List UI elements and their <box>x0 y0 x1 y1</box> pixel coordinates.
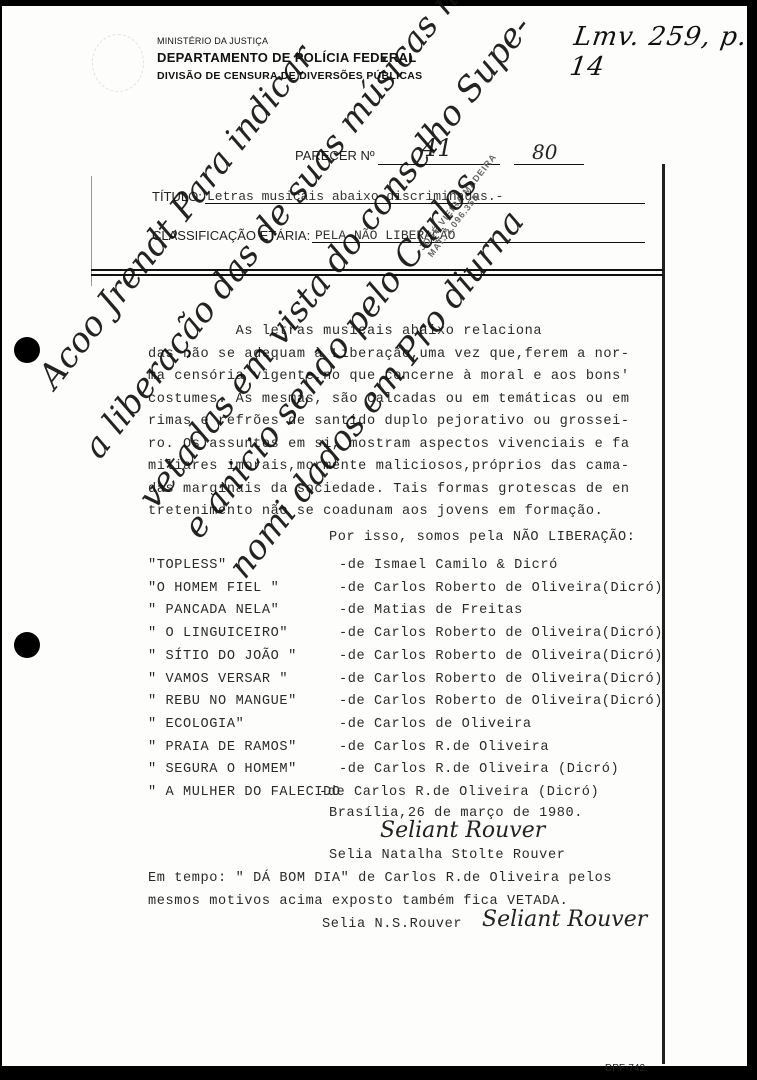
song-author: -de Carlos R.de Oliveira (Dicró) <box>319 785 599 800</box>
song-author: -de Ismael Camilo & Dicró <box>339 558 558 573</box>
song-author: -de Carlos R.de Oliveira (Dicró) <box>339 762 619 777</box>
song-title: " SÍTIO DO JOÃO " <box>148 649 297 664</box>
punch-hole-top <box>14 337 40 363</box>
song-author: -de Carlos Roberto de Oliveira(Dicró) <box>339 626 663 641</box>
song-title: " O LINGUICEIRO" <box>148 626 288 641</box>
archive-reference-note: Lmv. 259, p. 14 <box>568 22 751 82</box>
song-author: -de Carlos Roberto de Oliveira(Dicró) <box>339 581 663 596</box>
parecer-year: 80 <box>532 140 557 164</box>
ministry-heading: MINISTÉRIO DA JUSTIÇA <box>157 36 268 46</box>
song-title: "TOPLESS" <box>148 558 227 573</box>
addendum-signatory: Selia N.S.Rouver <box>322 917 462 932</box>
parecer-year-underline <box>514 164 584 165</box>
signatory-name: Selia Natalha Stolte Rouver <box>329 848 565 863</box>
song-title: "O HOMEM FIEL " <box>148 581 279 596</box>
decision-line: Por isso, somos pela NÃO LIBERAÇÃO: <box>329 530 636 545</box>
song-title: " A MULHER DO FALECIDO <box>148 785 341 800</box>
song-title: " ECOLOGIA" <box>148 717 244 732</box>
coat-of-arms-seal-icon <box>92 34 144 92</box>
song-title: " PRAIA DE RAMOS" <box>148 740 297 755</box>
song-title: " REBU NO MANGUE" <box>148 694 297 709</box>
song-title: " SEGURA O HOMEM" <box>148 762 297 777</box>
handwritten-signature: Seliant Rouver <box>380 818 545 843</box>
punch-hole-bottom <box>14 632 40 658</box>
song-author: -de Carlos R.de Oliveira <box>339 740 549 755</box>
song-author: -de Carlos Roberto de Oliveira(Dicró) <box>339 672 663 687</box>
song-author: -de Matias de Freitas <box>339 603 523 618</box>
song-author: -de Carlos de Oliveira <box>339 717 532 732</box>
form-code: DPF-742 <box>605 1063 645 1074</box>
song-author: -de Carlos Roberto de Oliveira(Dicró) <box>339 649 663 664</box>
right-frame-rule <box>662 164 665 1064</box>
addendum-line-1: Em tempo: " DÁ BOM DIA" de Carlos R.de O… <box>148 871 612 886</box>
addendum-handwritten-signature: Seliant Rouver <box>482 907 647 932</box>
document-page: MINISTÉRIO DA JUSTIÇA DEPARTAMENTO DE PO… <box>2 6 747 1066</box>
song-author: -de Carlos Roberto de Oliveira(Dicró) <box>339 694 663 709</box>
song-title: " PANCADA NELA" <box>148 603 279 618</box>
song-title: " VAMOS VERSAR " <box>148 672 288 687</box>
